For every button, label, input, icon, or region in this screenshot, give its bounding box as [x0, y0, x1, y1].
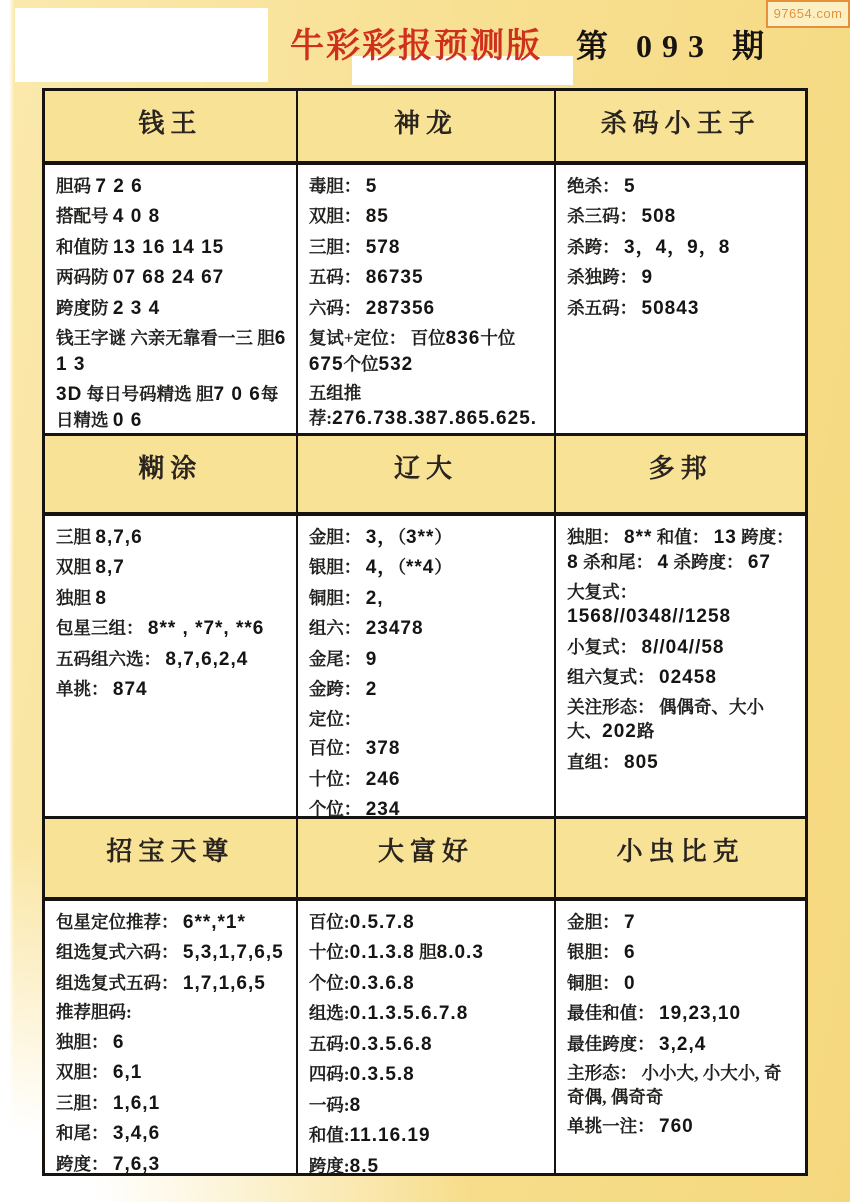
text-line: 五组推荐:276.738.387.865.625.单挑578: [309, 382, 546, 433]
value-text: 805: [624, 752, 659, 773]
value-text: 5: [624, 176, 636, 197]
value-text: 7: [624, 912, 636, 933]
text-line: 杀五码： 50843: [567, 296, 797, 321]
text-line: 直组： 805: [567, 750, 797, 775]
value-text: 8.0.3: [437, 942, 484, 963]
text-line: 个位:0.3.6.8: [309, 971, 546, 996]
label-text: 独胆：: [56, 1032, 113, 1052]
prediction-table: 钱王 胆码 7 2 6搭配号 4 0 8和值防 13 16 14 15两码防 0…: [42, 88, 808, 1176]
text-line: 搭配号 4 0 8: [56, 204, 288, 229]
text-line: 组选复式六码： 5,3,1,7,6,5: [56, 940, 288, 965]
value-text: 8** , *7*, **6: [148, 618, 264, 639]
value-text: 5,3,1,7,6,5: [183, 942, 284, 963]
value-text: 0.5.7.8: [350, 912, 415, 933]
label-text: 大复式：: [567, 582, 637, 602]
text-line: 小复式： 8//04//58: [567, 635, 797, 660]
text-line: 最佳跨度： 3,2,4: [567, 1032, 797, 1057]
panel-body: 独胆： 8** 和值： 13 跨度： 8 杀和尾： 4 杀跨度： 67大复式： …: [556, 516, 805, 816]
panel-zhaobao-tianzun: 招宝天尊 包星定位推荐： 6**,*1*组选复式六码： 5,3,1,7,6,5组…: [45, 819, 296, 1173]
panel-xiaochong-bike: 小虫比克 金胆： 7银胆： 6铜胆： 0最佳和值： 19,23,10最佳跨度： …: [554, 819, 805, 1173]
text-line: 组六： 23478: [309, 616, 546, 641]
label-text: 金跨：: [309, 679, 366, 699]
panel-header: 小虫比克: [556, 819, 805, 901]
label-text: 杀跨度：: [669, 552, 748, 572]
label-text: 主形态： 小小大, 小大小, 奇奇偶, 偶奇奇: [567, 1063, 781, 1106]
label-text: 独胆: [56, 588, 95, 608]
value-text: 8,7,6: [95, 527, 142, 548]
label-text: 两码防: [56, 267, 113, 287]
value-text: 8: [95, 588, 107, 609]
text-line: 和值防 13 16 14 15: [56, 235, 288, 260]
text-line: 绝杀： 5: [567, 174, 797, 199]
label-text: 独胆：: [567, 527, 624, 547]
label-text: 杀三码：: [567, 206, 641, 226]
panel-duobang: 多邦 独胆： 8** 和值： 13 跨度： 8 杀和尾： 4 杀跨度： 67大复…: [554, 436, 805, 816]
label-text: 组六：: [309, 618, 366, 638]
text-line: 双胆： 85: [309, 204, 546, 229]
label-text: 银胆：: [567, 942, 624, 962]
text-line: 跨度防 2 3 4: [56, 296, 288, 321]
text-line: 3D 每日号码精选 胆7 0 6每日精选 0 6: [56, 382, 288, 433]
value-text: 0.3.5.6.8: [350, 1034, 433, 1055]
value-text: 202: [602, 721, 637, 742]
label-text: 绝杀：: [567, 176, 624, 196]
label-text: （: [397, 527, 406, 547]
label-text: 百位：: [309, 738, 366, 758]
blank-panel-top-left: [15, 8, 268, 82]
label-text: 胆: [415, 942, 437, 962]
value-text: 86735: [366, 267, 424, 288]
label-text: 和值:: [309, 1125, 350, 1145]
panel-body: 胆码 7 2 6搭配号 4 0 8和值防 13 16 14 15两码防 07 6…: [45, 165, 296, 433]
value-text: 0 6: [113, 410, 142, 431]
label-text: 五码：: [309, 267, 366, 287]
value-text: 85: [366, 206, 389, 227]
panel-shama-xiaowangzi: 杀码小王子 绝杀： 5杀三码： 508杀跨： 3，4，9，8杀独跨： 9杀五码：…: [554, 91, 805, 433]
label-text: 胆码: [56, 176, 95, 196]
page-title: 牛彩彩报预测版: [290, 28, 542, 65]
panel-body: 百位:0.5.7.8十位:0.1.3.8 胆8.0.3个位:0.3.6.8组选:…: [298, 901, 554, 1173]
label-text: 复试+定位： 百位: [309, 328, 446, 348]
value-text: 0.3.6.8: [350, 973, 415, 994]
text-line: 金跨： 2: [309, 677, 546, 702]
label-text: 最佳跨度：: [567, 1034, 659, 1054]
value-text: 4 0 8: [113, 206, 160, 227]
panel-header: 杀码小王子: [556, 91, 805, 165]
value-text: 675: [309, 354, 344, 375]
label-text: 小复式：: [567, 637, 641, 657]
text-line: 组选:0.1.3.5.6.7.8: [309, 1001, 546, 1026]
text-line: 铜胆： 2,: [309, 586, 546, 611]
text-line: 组选复式五码： 1,7,1,6,5: [56, 971, 288, 996]
panel-liaoda: 辽大 金胆： 3，（3**）银胆： 4，（**4）铜胆： 2,组六： 23478…: [296, 436, 554, 816]
label-text: 定位：: [309, 709, 362, 729]
value-text: 50843: [642, 298, 700, 319]
value-text: **4: [406, 557, 434, 578]
value-text: 3,4,6: [113, 1123, 160, 1144]
text-line: 五码组六选： 8,7,6,2,4: [56, 647, 288, 672]
text-line: 钱王字谜 六亲无靠看一三 胆6 1 3: [56, 326, 288, 377]
value-text: 1,6,1: [113, 1093, 160, 1114]
value-text: 19,23,10: [659, 1003, 741, 1024]
value-text: 4: [658, 552, 670, 573]
panel-dafuhao: 大富好 百位:0.5.7.8十位:0.1.3.8 胆8.0.3个位:0.3.6.…: [296, 819, 554, 1173]
text-line: 推荐胆码:: [56, 1001, 288, 1024]
value-text: 1568//0348//1258: [567, 606, 731, 627]
text-line: 三胆： 1,6,1: [56, 1091, 288, 1116]
issue-number: 第 093 期: [576, 28, 774, 64]
panel-header: 大富好: [298, 819, 554, 901]
text-line: 银胆： 6: [567, 940, 797, 965]
text-line: 杀独跨： 9: [567, 265, 797, 290]
label-text: 路: [637, 721, 655, 741]
label-text: 双胆：: [309, 206, 366, 226]
text-line: 主形态： 小小大, 小大小, 奇奇偶, 偶奇奇: [567, 1062, 797, 1109]
panel-body: 绝杀： 5杀三码： 508杀跨： 3，4，9，8杀独跨： 9杀五码： 50843: [556, 165, 805, 433]
value-text: 287356: [366, 298, 435, 319]
panel-body: 金胆： 3，（3**）银胆： 4，（**4）铜胆： 2,组六： 23478金尾：…: [298, 516, 554, 816]
label-text: 跨度防: [56, 298, 113, 318]
panel-header: 辽大: [298, 436, 554, 516]
text-line: 和尾： 3,4,6: [56, 1121, 288, 1146]
value-text: 0.3.5.8: [350, 1064, 415, 1085]
value-text: 7,6,3: [113, 1154, 160, 1173]
value-text: 7 0 6: [214, 384, 261, 405]
label-text: 杀和尾：: [579, 552, 658, 572]
label-text: 杀五码：: [567, 298, 641, 318]
label-text: 关注形态： 偶偶奇、大小大、: [567, 697, 764, 741]
value-text: 9: [642, 267, 654, 288]
label-text: 搭配号: [56, 206, 113, 226]
value-text: 378: [366, 738, 401, 759]
label-text: （: [397, 557, 406, 577]
value-text: 11.16.19: [350, 1125, 431, 1146]
label-text: 三胆：: [56, 1093, 113, 1113]
text-line: 组六复式： 02458: [567, 665, 797, 690]
text-line: 定位：: [309, 708, 546, 731]
value-text: 2: [366, 679, 378, 700]
text-line: 银胆： 4，（**4）: [309, 555, 546, 580]
value-text: 7 2 6: [95, 176, 142, 197]
label-text: 组选复式六码：: [56, 942, 183, 962]
label-text: 和尾：: [56, 1123, 113, 1143]
panel-header: 糊涂: [45, 436, 296, 516]
label-text: 推荐胆码:: [56, 1002, 132, 1022]
value-text: 8//04//58: [642, 637, 725, 658]
label-text: 十位：: [309, 769, 366, 789]
label-text: 毒胆：: [309, 176, 366, 196]
label-text: 跨度:: [309, 1156, 350, 1173]
value-text: 9: [366, 649, 378, 670]
text-line: 毒胆： 5: [309, 174, 546, 199]
label-text: 单挑：: [56, 679, 113, 699]
text-line: 复试+定位： 百位836十位675个位532: [309, 326, 546, 377]
value-text: 234: [366, 799, 401, 816]
label-text: 五码:: [309, 1034, 350, 1054]
label-text: 个位:: [309, 973, 350, 993]
text-line: 单挑一注： 760: [567, 1114, 797, 1139]
label-text: 一码:: [309, 1095, 350, 1115]
label-text: 金尾：: [309, 649, 366, 669]
value-text: 6: [113, 1032, 125, 1053]
value-text: 532: [379, 354, 414, 375]
value-text: 13 16 14 15: [113, 237, 224, 258]
text-line: 包星定位推荐： 6**,*1*: [56, 910, 288, 935]
value-text: 2 3 4: [113, 298, 160, 319]
label-text: 个位: [344, 354, 379, 374]
panel-body: 毒胆： 5双胆： 85三胆： 578五码： 86735六码： 287356复试+…: [298, 165, 554, 433]
label-text: 跨度：: [56, 1154, 113, 1173]
label-text: 百位:: [309, 912, 350, 932]
text-line: 杀三码： 508: [567, 204, 797, 229]
text-line: 六码： 287356: [309, 296, 546, 321]
text-line: 十位： 246: [309, 767, 546, 792]
label-text: 和值：: [652, 527, 713, 547]
value-text: 8: [350, 1095, 362, 1116]
label-text: 金胆：: [567, 912, 624, 932]
label-text: 五码组六选：: [56, 649, 165, 669]
text-line: 三胆 8,7,6: [56, 525, 288, 550]
value-text: 0.1.3.5.6.7.8: [350, 1003, 469, 1024]
label-text: 直组：: [567, 752, 624, 772]
label-text: 单挑一注：: [567, 1116, 659, 1136]
text-line: 四码:0.3.5.8: [309, 1062, 546, 1087]
label-text: 三胆: [56, 527, 95, 547]
value-text: 67: [748, 552, 771, 573]
value-text: 6**,*1*: [183, 912, 246, 933]
value-text: 8,7,6,2,4: [165, 649, 248, 670]
value-text: 836: [446, 328, 481, 349]
text-line: 百位:0.5.7.8: [309, 910, 546, 935]
value-text: 578: [366, 237, 401, 258]
text-line: 跨度： 7,6,3: [56, 1152, 288, 1173]
text-line: 个位： 234: [309, 797, 546, 816]
panel-body: 金胆： 7银胆： 6铜胆： 0最佳和值： 19,23,10最佳跨度： 3,2,4…: [556, 901, 805, 1173]
label-text: 钱王字谜 六亲无靠看一三 胆: [56, 328, 275, 348]
label-text: 双胆: [56, 557, 95, 577]
text-line: 包星三组： 8** , *7*, **6: [56, 616, 288, 641]
value-text: 07 68 24 67: [113, 267, 224, 288]
value-text: 3，: [366, 527, 398, 548]
label-text: 跨度：: [737, 527, 794, 547]
panel-body: 包星定位推荐： 6**,*1*组选复式六码： 5,3,1,7,6,5组选复式五码…: [45, 901, 296, 1173]
value-text: 0.1.3.8: [350, 942, 415, 963]
value-text: 874: [113, 679, 148, 700]
value-text: 8: [567, 552, 579, 573]
label-text: 个位：: [309, 799, 366, 816]
label-text: 金胆：: [309, 527, 366, 547]
page-title-row: 牛彩彩报预测版第 093 期: [290, 18, 774, 67]
value-text: 0: [624, 973, 636, 994]
panel-hutu: 糊涂 三胆 8,7,6双胆 8,7独胆 8包星三组： 8** , *7*, **…: [45, 436, 296, 816]
label-text: 四码:: [309, 1064, 350, 1084]
text-line: 五码： 86735: [309, 265, 546, 290]
text-line: 独胆： 8** 和值： 13 跨度： 8 杀和尾： 4 杀跨度： 67: [567, 525, 797, 576]
value-text: 8**: [624, 527, 652, 548]
label-text: 三胆：: [309, 237, 366, 257]
label-text: 双胆：: [56, 1062, 113, 1082]
label-text: 十位: [480, 328, 515, 348]
panel-header: 钱王: [45, 91, 296, 165]
text-line: 双胆： 6,1: [56, 1060, 288, 1085]
panel-qianwang: 钱王 胆码 7 2 6搭配号 4 0 8和值防 13 16 14 15两码防 0…: [45, 91, 296, 433]
label-text: ）: [434, 527, 452, 547]
text-line: 跨度:8.5: [309, 1154, 546, 1173]
text-line: 十位:0.1.3.8 胆8.0.3: [309, 940, 546, 965]
panel-header: 招宝天尊: [45, 819, 296, 901]
text-line: 和值:11.16.19: [309, 1123, 546, 1148]
value-text: 5: [366, 176, 378, 197]
value-text: 6: [624, 942, 636, 963]
value-text: 3，4，9，8: [624, 237, 730, 258]
text-line: 金胆： 3，（3**）: [309, 525, 546, 550]
value-text: 13: [714, 527, 737, 548]
value-text: 3D: [56, 384, 82, 405]
value-text: 246: [366, 769, 401, 790]
value-text: 3**: [406, 527, 434, 548]
text-line: 杀跨： 3，4，9，8: [567, 235, 797, 260]
label-text: 包星定位推荐：: [56, 912, 183, 932]
text-line: 双胆 8,7: [56, 555, 288, 580]
label-text: 组六复式：: [567, 667, 659, 687]
text-line: 两码防 07 68 24 67: [56, 265, 288, 290]
label-text: 杀跨：: [567, 237, 624, 257]
text-line: 胆码 7 2 6: [56, 174, 288, 199]
value-text: 02458: [659, 667, 717, 688]
panel-shenlong: 神龙 毒胆： 5双胆： 85三胆： 578五码： 86735六码： 287356…: [296, 91, 554, 433]
text-line: 独胆： 6: [56, 1030, 288, 1055]
value-text: 1,7,1,6,5: [183, 973, 266, 994]
text-line: 最佳和值： 19,23,10: [567, 1001, 797, 1026]
value-text: 760: [659, 1116, 694, 1137]
text-line: 五码:0.3.5.6.8: [309, 1032, 546, 1057]
label-text: ）: [434, 557, 452, 577]
label-text: 和值防: [56, 237, 113, 257]
text-line: 百位： 378: [309, 736, 546, 761]
table-row: 招宝天尊 包星定位推荐： 6**,*1*组选复式六码： 5,3,1,7,6,5组…: [45, 816, 805, 1173]
text-line: 独胆 8: [56, 586, 288, 611]
label-text: 六码：: [309, 298, 366, 318]
text-line: 一码:8: [309, 1093, 546, 1118]
label-text: 包星三组：: [56, 618, 148, 638]
table-row: 糊涂 三胆 8,7,6双胆 8,7独胆 8包星三组： 8** , *7*, **…: [45, 433, 805, 816]
value-text: 4，: [366, 557, 398, 578]
text-line: 金尾： 9: [309, 647, 546, 672]
table-row: 钱王 胆码 7 2 6搭配号 4 0 8和值防 13 16 14 15两码防 0…: [45, 91, 805, 433]
site-watermark: 97654.com: [766, 0, 850, 28]
value-text: 3,2,4: [659, 1034, 706, 1055]
label-text: 银胆：: [309, 557, 366, 577]
text-line: 大复式： 1568//0348//1258: [567, 581, 797, 630]
value-text: 276.738.387.865.625.: [332, 408, 537, 429]
label-text: 杀独跨：: [567, 267, 641, 287]
panel-header: 多邦: [556, 436, 805, 516]
label-text: 十位:: [309, 942, 350, 962]
value-text: 23478: [366, 618, 424, 639]
text-line: 铜胆： 0: [567, 971, 797, 996]
text-line: 金胆： 7: [567, 910, 797, 935]
value-text: 8,7: [95, 557, 124, 578]
label-text: 组选:: [309, 1003, 350, 1023]
value-text: 8.5: [350, 1156, 379, 1173]
panel-body: 三胆 8,7,6双胆 8,7独胆 8包星三组： 8** , *7*, **6五码…: [45, 516, 296, 816]
value-text: 6,1: [113, 1062, 142, 1083]
label-text: 最佳和值：: [567, 1003, 659, 1023]
label-text: 组选复式五码：: [56, 973, 183, 993]
label-text: 每日号码精选 胆: [82, 384, 213, 404]
label-text: 铜胆：: [309, 588, 366, 608]
value-text: 2,: [366, 588, 384, 609]
text-line: 单挑： 874: [56, 677, 288, 702]
text-line: 三胆： 578: [309, 235, 546, 260]
label-text: 铜胆：: [567, 973, 624, 993]
text-line: 关注形态： 偶偶奇、大小大、202路: [567, 696, 797, 745]
value-text: 508: [642, 206, 677, 227]
panel-header: 神龙: [298, 91, 554, 165]
